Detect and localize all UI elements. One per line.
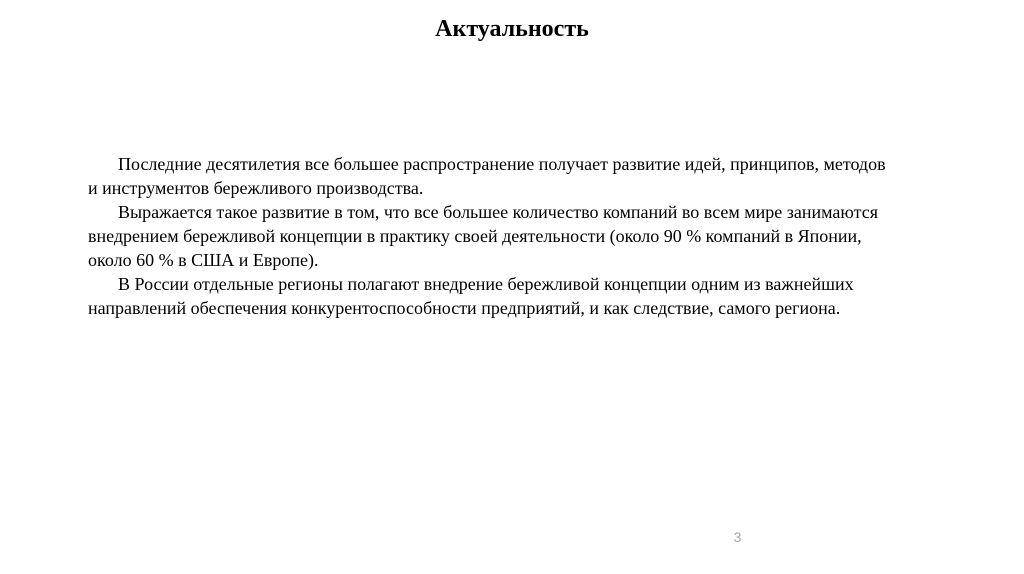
paragraph-line: Последние десятилетия все большее распро…: [88, 152, 950, 176]
page-number: 3: [710, 528, 765, 546]
slide-title: Актуальность: [0, 14, 1024, 44]
paragraph-line: и инструментов бережливого производства.: [88, 176, 950, 200]
paragraph-line: внедрением бережливой концепции в практи…: [88, 224, 950, 248]
body-text-block: Последние десятилетия все большее распро…: [88, 152, 950, 320]
paragraph-line: около 60 % в США и Европе).: [88, 248, 950, 272]
presentation-slide: Актуальность Последние десятилетия все б…: [0, 0, 1024, 574]
paragraph-line: направлений обеспечения конкурентоспособ…: [88, 296, 950, 320]
paragraph-line: В России отдельные регионы полагают внед…: [88, 272, 950, 296]
paragraph-line: Выражается такое развитие в том, что все…: [88, 200, 950, 224]
